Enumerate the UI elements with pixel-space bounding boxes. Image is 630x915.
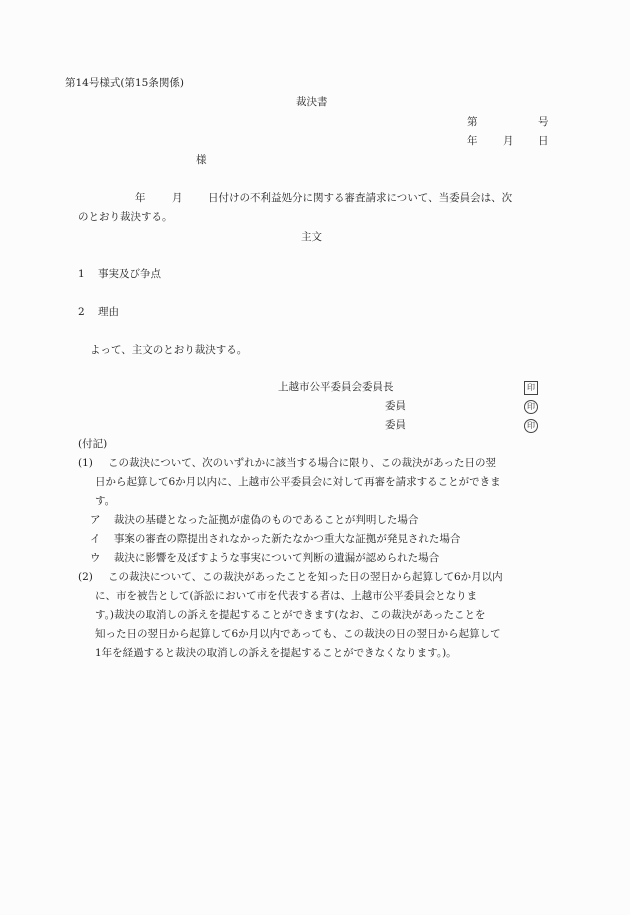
number-prefix: 第: [467, 117, 478, 128]
note-2-line-3: す。)裁決の取消しの訴えを提起することができます(なお、この裁決があったことを: [95, 610, 486, 621]
intro-line1: 日付けの不利益処分に関する審査請求について、当委員会は、次: [208, 193, 512, 204]
section-2: 2 理由: [78, 307, 119, 318]
subitem-text: 事案の審査の際提出されなかった新たなかつ重大な証拠が発見された場合: [114, 533, 461, 545]
seal-square-icon: 印: [524, 381, 538, 395]
seal-round-icon: 印: [524, 400, 538, 414]
form-number: 第14号様式(第15条関係): [65, 78, 184, 89]
intro-year: 年: [135, 193, 146, 204]
seal-round-icon: 印: [524, 419, 538, 433]
section-number: 1: [78, 268, 85, 280]
date-month: 月: [503, 136, 514, 147]
signature-member-1-title: 委員: [385, 401, 406, 412]
section-title: 事実及び争点: [98, 268, 161, 280]
note-1-line-1: この裁決について、次のいずれかに該当する場合に限り、この裁決があった日の翌: [108, 458, 496, 469]
signature-member-2-title: 委員: [385, 420, 406, 431]
note-2-line-2: に、市を被告として(訴訟において市を代表する者は、上越市公平委員会となりま: [95, 591, 477, 602]
note-1-line-3: す。: [95, 496, 115, 507]
note-2-line-5: 1年を経過すると裁決の取消しの訴えを提起することができなくなります。)。: [95, 648, 457, 659]
note-2-line-4: 知った日の翌日から起算して6か月以内であっても、この裁決の日の翌日から起算して: [95, 629, 501, 640]
number-suffix: 号: [538, 117, 549, 128]
subitem-label: イ: [90, 533, 101, 545]
date-day: 日: [538, 136, 549, 147]
section-1: 1 事実及び争点: [78, 269, 161, 280]
signature-chairperson-title: 上越市公平委員会委員長: [278, 382, 394, 393]
note-2-label: (2): [78, 572, 93, 583]
note-1-subitem-i: イ 事案の審査の際提出されなかった新たなかつ重大な証拠が発見された場合: [90, 534, 460, 545]
main-text-heading: 主文: [301, 232, 322, 243]
note-1-subitem-u: ウ 裁決に影響を及ぼすような事実について判断の遺漏が認められた場合: [90, 553, 439, 564]
conclusion-text: よって、主文のとおり裁決する。: [90, 345, 247, 356]
notes-heading: (付記): [78, 439, 107, 450]
note-1-line-2: 日から起算して6か月以内に、上越市公平委員会に対して再審を請求することができま: [95, 477, 501, 488]
section-number: 2: [78, 306, 85, 318]
note-1-subitem-a: ア 裁決の基礎となった証拠が虚偽のものであることが判明した場合: [90, 515, 418, 526]
subitem-label: ウ: [90, 552, 101, 564]
date-year: 年: [467, 136, 478, 147]
document-title: 裁決書: [296, 97, 328, 108]
intro-month: 月: [172, 193, 183, 204]
intro-line2: のとおり裁決する。: [78, 212, 173, 223]
subitem-text: 裁決の基礎となった証拠が虚偽のものであることが判明した場合: [114, 514, 419, 526]
addressee-honorific: 様: [196, 155, 207, 166]
section-title: 理由: [98, 306, 119, 318]
note-1-label: (1): [78, 458, 93, 469]
subitem-text: 裁決に影響を及ぼすような事実について判断の遺漏が認められた場合: [114, 552, 439, 564]
note-2-line-1: この裁決について、この裁決があったことを知った日の翌日から起算して6か月以内: [108, 572, 503, 583]
subitem-label: ア: [90, 514, 101, 526]
